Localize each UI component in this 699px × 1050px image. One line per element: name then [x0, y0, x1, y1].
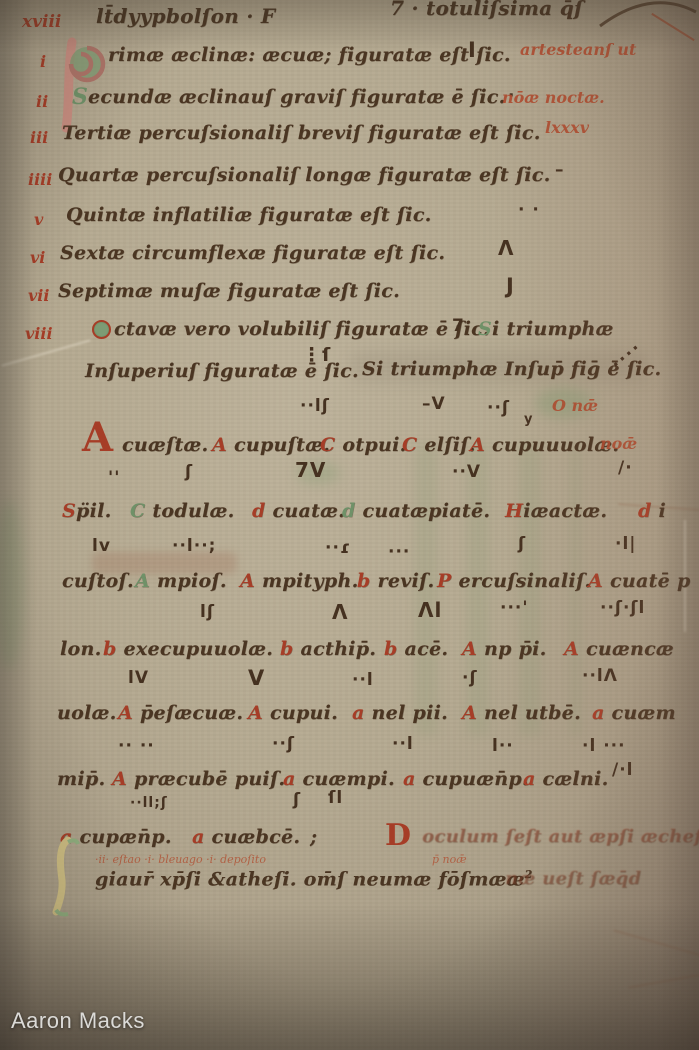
name-term: d cuatæpiatē.	[342, 500, 490, 522]
neume-row: ··ll;ʃ	[130, 795, 168, 811]
neume-row: lʃ	[200, 602, 215, 622]
neume-row: ··lʃ	[300, 396, 330, 416]
name-term: mip̄.	[57, 768, 105, 790]
neume-row: /·	[618, 458, 633, 478]
title-line: lt̄dyypbolſon · F	[96, 4, 275, 28]
name-term: a nel pii.	[352, 702, 448, 724]
neume-row: –V	[422, 394, 446, 414]
figure-initial: S	[72, 84, 88, 110]
neume-row: ·· ··	[118, 736, 155, 756]
figure-numeral: vi	[30, 248, 45, 267]
figure-numeral: v	[34, 210, 43, 229]
neume-figure: –	[555, 160, 565, 180]
figure-line: ctavæ vero volubiliſ figuratæ ē ſic.	[114, 318, 490, 340]
punctuation-mark: ;	[310, 826, 317, 848]
neume-row: /·l	[612, 760, 634, 780]
neume-figure: Λ	[498, 236, 514, 260]
figure-line: Quintæ inflatiliæ figuratæ eſt ſic.	[66, 204, 432, 226]
faded-rubric: næ ueſt ſæq̄d	[505, 868, 641, 889]
name-term: A mpityph.	[240, 570, 359, 592]
figure-numeral: iii	[30, 128, 48, 147]
figure-line: rimæ æclinæ: æcuæ; figuratæ eſt ſic.	[108, 44, 511, 66]
figure-numeral: ii	[36, 92, 48, 111]
neume-row: ···'	[500, 598, 529, 618]
name-term: A cupuuuolæ.	[470, 434, 619, 456]
name-term: A p̄eſæcuæ.	[118, 702, 243, 724]
neume-row: y	[524, 412, 533, 427]
folio-chapter-numeral: xviii	[22, 12, 61, 32]
initial-o-decorated	[92, 320, 111, 339]
name-term: C todulæ.	[130, 500, 235, 522]
name-term: d i	[638, 500, 666, 522]
initial-tall-decorated	[48, 836, 82, 916]
neume-row: ʃ	[518, 534, 526, 554]
name-term: A mpioſ.	[135, 570, 227, 592]
figure-line: ecundæ æclinauſ graviſ figuratæ ē ſic.	[88, 86, 506, 108]
figure-line: Sextæ circumflexæ figuratæ eſt ſic.	[60, 242, 445, 264]
neume-row: ··ʃ·ʃl	[600, 598, 645, 618]
crease	[2, 339, 91, 366]
neume-figure: ·	[506, 122, 513, 142]
neume-figure: · ·	[518, 200, 540, 220]
neume-row: ''	[108, 468, 120, 488]
figure-numeral: i	[40, 52, 46, 71]
figure-line: Tertiæ percuſsionaliſ breviſ figuratæ eſ…	[62, 122, 541, 144]
figure-numeral: vii	[28, 286, 49, 305]
name-term: a cupuæn̄p.	[403, 768, 529, 790]
neume-row: ··l··;	[172, 536, 216, 556]
neume-row: ʃ	[185, 462, 193, 482]
name-term: A præcubē puiſ.	[112, 768, 285, 790]
name-term: A np p̄i.	[462, 638, 547, 660]
figure-line: Septimæ muſæ figuratæ eſt ſic.	[58, 280, 400, 302]
name-term: cuſtoſ.	[62, 570, 134, 592]
neume-row: Λ	[332, 600, 348, 624]
name-term: A cuatē p	[588, 570, 691, 592]
name-term: Hiæactæ.	[505, 500, 607, 522]
title-line-continuation: 7 · totuliſsima q̄ſ	[390, 0, 583, 20]
neume-row: ··l	[352, 670, 374, 690]
name-term: cuæſtæ.	[122, 434, 208, 456]
neume-row: ··lΛ	[582, 666, 618, 686]
last-line: giaur̄ xp̄ſi &atheſi. om̄ſ neumæ fōſmææ2	[95, 868, 533, 890]
name-term: a cælni.	[523, 768, 608, 790]
name-term: b acthip̄.	[280, 638, 376, 660]
name-term: a cuæbcē.	[192, 826, 300, 848]
name-term: C elſiſ.	[402, 434, 476, 456]
name-term: b reviſ.	[357, 570, 434, 592]
name-term: lon.	[60, 638, 102, 660]
crease	[628, 973, 699, 988]
margin-note: artesteanſ ut	[520, 40, 636, 59]
name-term: A cupuſtæ.	[212, 434, 330, 456]
figure-numeral: iiii	[28, 170, 52, 189]
faded-rubric: oculum ſeſt aut æpſi æcheſi cuiſ	[422, 826, 699, 847]
interlinear-gloss: ·ii· eſtao ·i· bleuago ·i· depoſito	[95, 853, 266, 866]
neume-row: ··ʃ	[272, 734, 295, 754]
name-term: Sp̈il.	[62, 500, 112, 522]
neume-row: ··ɾ	[325, 538, 351, 558]
neume-row: ··l	[392, 734, 414, 754]
figure-line: Quartæ percuſsionaliſ longæ figuratæ eſt…	[58, 164, 551, 186]
neume-row: ʃ	[293, 790, 301, 810]
neume-row: V	[248, 666, 265, 690]
figure-numeral: viii	[25, 324, 53, 343]
interlinear-gloss: p̄ noǣ	[432, 853, 467, 866]
name-term: a cuæmpi.	[283, 768, 395, 790]
neume-row: ···	[388, 542, 410, 562]
neume-figure: 7	[452, 316, 465, 336]
neume-row: ·l|	[615, 534, 637, 554]
photo-vignette	[0, 0, 699, 1050]
pen-flourish	[596, 0, 699, 36]
phrase-text: i triumphæ	[492, 318, 614, 340]
neume-row: 7V	[295, 458, 326, 482]
neume-row: ·l ···	[582, 736, 626, 756]
name-term: a cuæm	[592, 702, 676, 724]
manuscript-photo: xviii lt̄dyypbolſon · F 7 · totuliſsima …	[0, 0, 699, 1050]
margin-note: noǣ	[600, 434, 638, 453]
name-term: d cuatæ.	[252, 500, 345, 522]
initial-a-decorated: A	[82, 420, 113, 456]
crease	[614, 929, 699, 956]
name-term: b acē.	[384, 638, 448, 660]
phrase-initial: S	[478, 318, 492, 340]
name-term: uolæ.	[57, 702, 117, 724]
margin-note: nōæ noctæ.	[502, 88, 605, 107]
initial-d-decorated: D	[385, 818, 411, 853]
neume-row: ··V	[452, 462, 481, 482]
name-term: b execupuuolæ.	[103, 638, 273, 660]
neume-row: lV	[128, 668, 149, 688]
margin-note: O nǣ	[552, 396, 599, 415]
name-term: P ercuſsinaliſ.	[437, 570, 591, 592]
watermark-credit: Aaron Macks	[11, 1008, 145, 1034]
neume-figure: I	[468, 38, 477, 62]
neume-figure: ⋮ſ	[302, 344, 331, 366]
margin-note: lxxxv	[545, 118, 589, 137]
neume-row: ſl	[328, 788, 343, 808]
neume-figure: J	[506, 274, 515, 298]
neume-row: Λl	[418, 598, 442, 622]
name-term: A cuæncæ	[564, 638, 674, 660]
neume-row: lv	[92, 536, 111, 556]
neume-row: l··	[492, 736, 514, 756]
name-term: A nel utbē.	[462, 702, 581, 724]
parchment-texture	[0, 0, 699, 1050]
neume-row: ··ʃ	[487, 398, 510, 418]
neume-row: ·ʃ	[462, 668, 478, 688]
name-term: C otpui.	[320, 434, 407, 456]
stain-green	[0, 500, 24, 670]
name-term: A cupui.	[248, 702, 338, 724]
